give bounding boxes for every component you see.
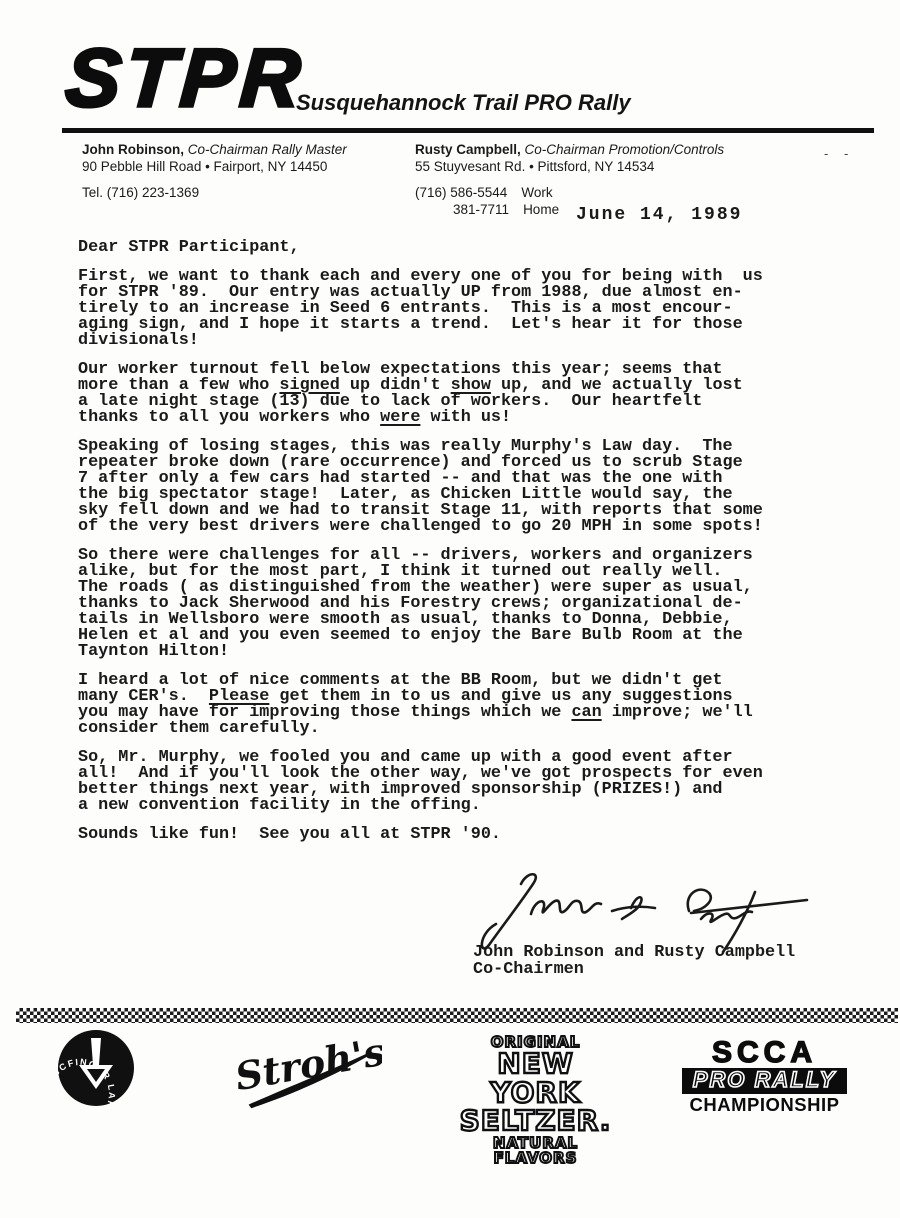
letterhead-rule (62, 128, 874, 133)
letter-line: Sounds like fun! See you all at STPR '90… (78, 827, 838, 843)
letter-paragraph: First, we want to thank each and every o… (78, 269, 838, 349)
finger-lakes-scca-logo: FINGER LAKES • REGION • SCCA • (55, 1027, 137, 1109)
letter-paragraph: Speaking of losing stages, this was real… (78, 439, 838, 535)
contact-title: Co-Chairman Rally Master (188, 142, 347, 157)
letter-salutation: Dear STPR Participant, (78, 240, 838, 256)
letter-paragraphs: First, we want to thank each and every o… (78, 269, 838, 843)
letter-body: Dear STPR Participant, First, we want to… (78, 240, 838, 856)
phone-work-label: Work (521, 184, 552, 201)
contact-name: Rusty Campbell, (415, 142, 521, 157)
signature-stroke (531, 901, 601, 914)
letter-paragraph: So there were challenges for all -- driv… (78, 548, 838, 660)
signed-title: Co-Chairmen (473, 961, 795, 978)
contact-left-name-line: John Robinson, Co-Chairman Rally Master (82, 141, 402, 158)
salutation-line: Dear STPR Participant, (78, 240, 838, 256)
signature-stroke (688, 890, 711, 911)
seltzer-line-seltzer: SELTZER. (448, 1107, 623, 1136)
contact-address: 90 Pebble Hill Road • Fairport, NY 14450 (82, 158, 402, 175)
scan-stray-marks: - - (824, 146, 854, 161)
contact-right-name-line: Rusty Campbell, Co-Chairman Promotion/Co… (415, 141, 775, 158)
strohs-logo: Stroh's. (232, 1028, 382, 1112)
letterhead-tagline: Susquehannock Trail PRO Rally (296, 90, 631, 116)
letter-line: divisionals! (78, 333, 838, 349)
stpr-logo: STPR (63, 40, 307, 118)
phone-home-label: Home (523, 201, 559, 218)
new-york-seltzer-logo: ORIGINAL NEW YORK SELTZER. NATURAL FLAVO… (448, 1035, 623, 1167)
letter-paragraph: Our worker turnout fell below expectatio… (78, 362, 838, 426)
pro-rally-text: PRO RALLY (682, 1068, 847, 1094)
letter-line: a new convention facility in the offing. (78, 798, 838, 814)
letter-date: June 14, 1989 (576, 205, 742, 225)
letter-paragraph: I heard a lot of nice comments at the BB… (78, 673, 838, 737)
scca-pro-rally-logo: SCCA PRO RALLY CHAMPIONSHIP (682, 1040, 847, 1114)
championship-text: CHAMPIONSHIP (682, 1096, 847, 1114)
letter-line: thanks to all you workers who were with … (78, 410, 838, 426)
typed-signature-block: John Robinson and Rusty Campbell Co-Chai… (473, 944, 795, 978)
letter-paragraph: So, Mr. Murphy, we fooled you and came u… (78, 750, 838, 814)
seltzer-line-newyork: NEW YORK (448, 1050, 623, 1107)
checkered-divider (16, 1008, 898, 1023)
letter-line: consider them carefully. (78, 721, 838, 737)
contact-left: John Robinson, Co-Chairman Rally Master … (82, 141, 402, 201)
scca-text: SCCA (682, 1040, 847, 1066)
seltzer-line-flavors: NATURAL FLAVORS (448, 1136, 623, 1167)
letter-paragraph: Sounds like fun! See you all at STPR '90… (78, 827, 838, 843)
contact-name: John Robinson, (82, 142, 184, 157)
strohs-text: Stroh's. (232, 1028, 382, 1099)
phone-work-row: (716) 586-5544Work (415, 184, 775, 201)
phone-home-number: 381-7711 (453, 202, 509, 217)
phone-work-number: (716) 586-5544 (415, 185, 507, 200)
contact-title: Co-Chairman Promotion/Controls (525, 142, 725, 157)
letter-line: Taynton Hilton! (78, 644, 838, 660)
contact-phone: Tel. (716) 223-1369 (82, 184, 402, 201)
scanned-letter-page: STPR Susquehannock Trail PRO Rally John … (0, 0, 900, 1218)
letter-line: of the very best drivers were challenged… (78, 519, 838, 535)
signed-by: John Robinson and Rusty Campbell (473, 944, 795, 961)
signature-stroke (482, 874, 536, 948)
contact-address: 55 Stuyvesant Rd. • Pittsford, NY 14534 (415, 158, 775, 175)
